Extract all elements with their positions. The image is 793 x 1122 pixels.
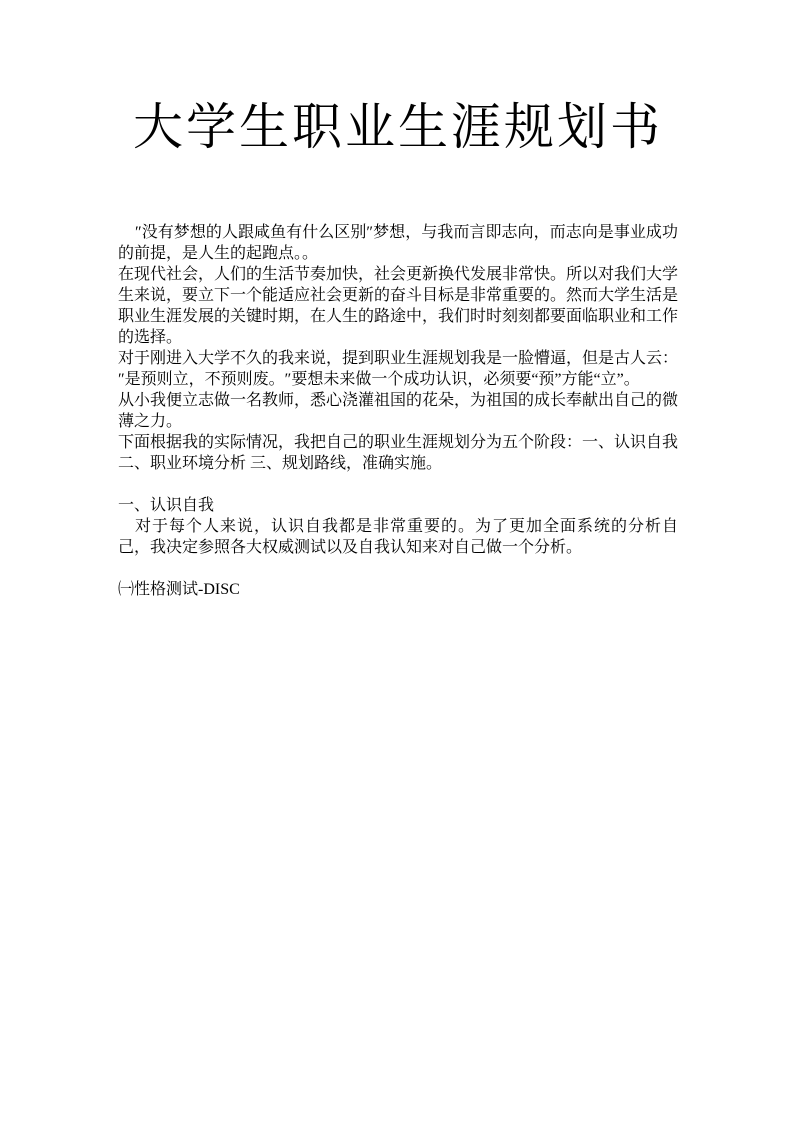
document-content: 大学生职业生涯规划书 ″没有梦想的人跟咸鱼有什么区别″梦想，与我而言即志向，而志… xyxy=(0,0,793,600)
intro-paragraph-teacher-ambition: 从小我便立志做一名教师，悉心浇灌祖国的花朵，为祖国的成长奉献出自己的微薄之力。 xyxy=(118,390,678,432)
section-heading-self-knowledge: 一、认识自我 xyxy=(118,495,678,516)
blank-line xyxy=(118,558,678,579)
blank-line xyxy=(118,474,678,495)
intro-paragraph-dream-quote: ″没有梦想的人跟咸鱼有什么区别″梦想，与我而言即志向，而志向是事业成功的前提，是… xyxy=(118,222,678,264)
subsection-heading-disc-test: ㈠性格测试-DISC xyxy=(118,579,678,600)
document-page: 大学生职业生涯规划书 ″没有梦想的人跟咸鱼有什么区别″梦想，与我而言即志向，而志… xyxy=(0,0,793,1122)
intro-paragraph-five-stages: 下面根据我的实际情况，我把自己的职业生涯规划分为五个阶段：一、认识自我 二、职业… xyxy=(118,432,678,474)
document-title: 大学生职业生涯规划书 xyxy=(118,95,678,160)
intro-paragraph-modern-society: 在现代社会，人们的生活节奏加快，社会更新换代发展非常快。所以对我们大学生来说，要… xyxy=(118,264,678,348)
section-body-self-knowledge: 对于每个人来说，认识自我都是非常重要的。为了更加全面系统的分析自己，我决定参照各… xyxy=(118,516,678,558)
intro-paragraph-freshman: 对于刚进入大学不久的我来说，提到职业生涯规划我是一脸懵逼，但是古人云：″是预则立… xyxy=(118,348,678,390)
